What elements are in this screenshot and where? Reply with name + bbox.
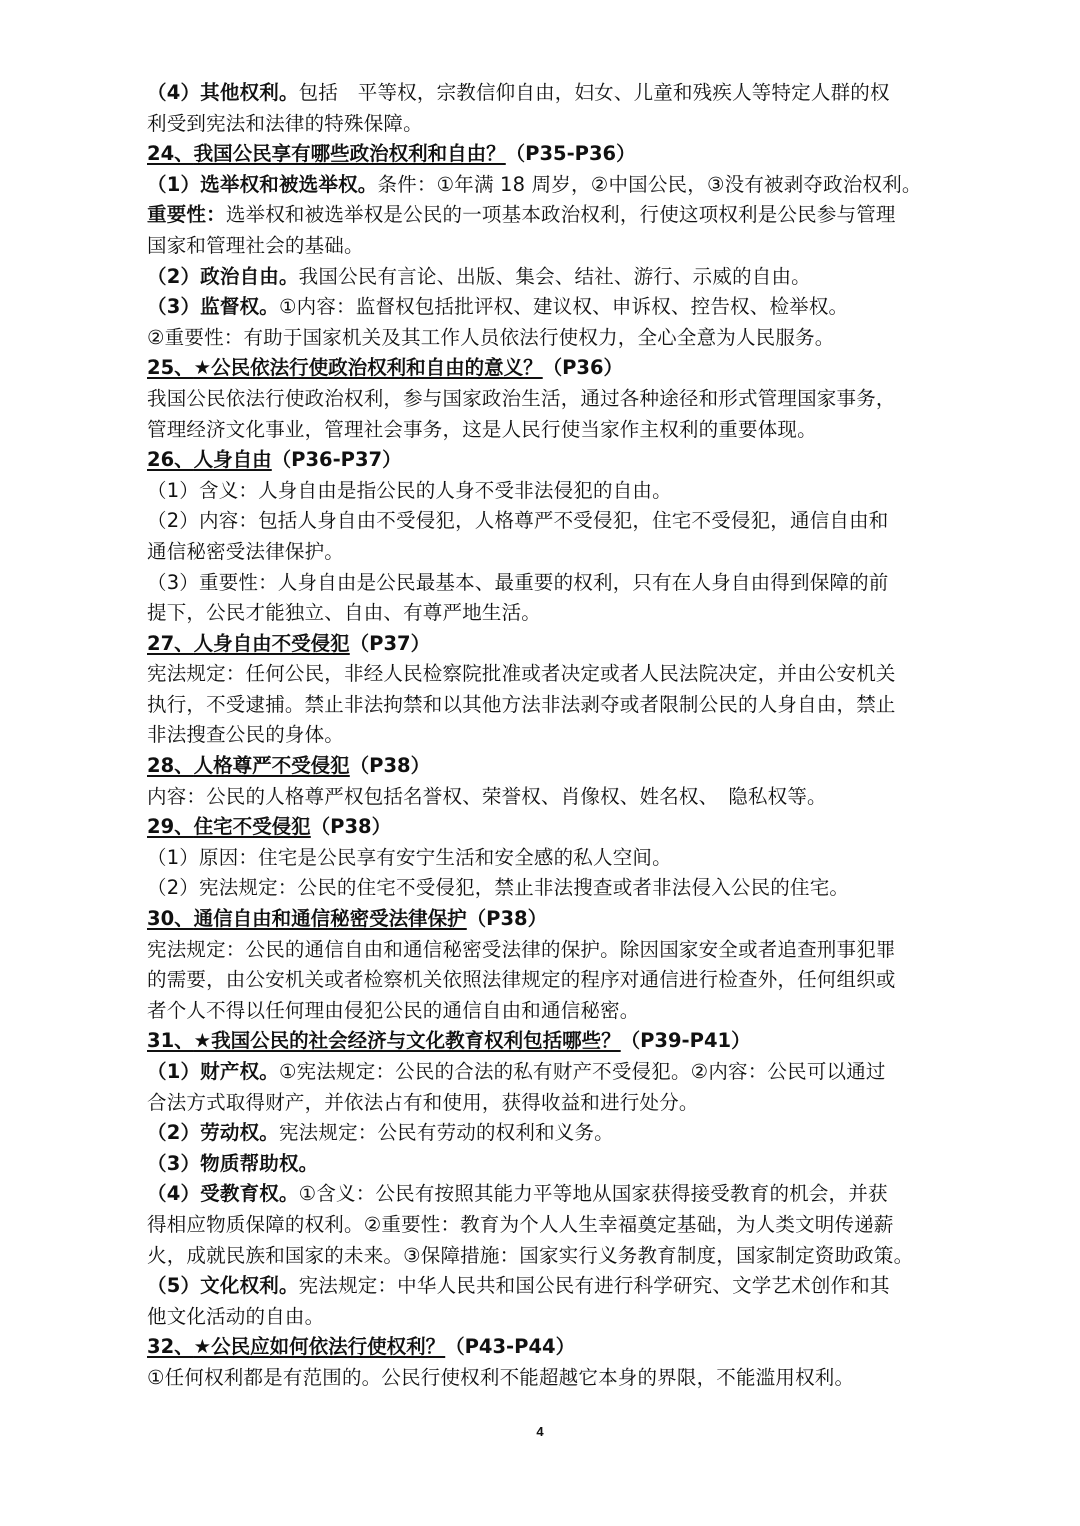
section-number: 25、	[147, 356, 194, 379]
bold-lead: （3）物质帮助权。	[147, 1152, 318, 1175]
section-heading: 27、人身自由不受侵犯（P37）	[147, 629, 973, 660]
section-title: 人身自由	[194, 448, 272, 471]
section-heading: 29、住宅不受侵犯（P38）	[147, 812, 973, 843]
body-text: 内容：公民的人格尊严权包括名誉权、荣誉权、肖像权、姓名权、 隐私权等。	[147, 785, 827, 808]
section-title: 人格尊严不受侵犯	[194, 754, 350, 777]
body-text: 我国公民依法行使政治权利，参与国家政治生活，通过各种途径和形式管理国家事务，	[147, 387, 896, 410]
page-reference: （P38）	[311, 815, 391, 838]
page-reference: （P39-P41）	[621, 1029, 751, 1052]
section-number: 28、	[147, 754, 194, 777]
section-heading: 26、人身自由（P36-P37）	[147, 445, 973, 476]
text-line: 者个人不得以任何理由侵犯公民的通信自由和通信秘密。	[147, 996, 973, 1027]
text-line: 宪法规定：公民的通信自由和通信秘密受法律的保护。除因国家安全或者追查刑事犯罪	[147, 935, 973, 966]
text-line: 他文化活动的自由。	[147, 1302, 973, 1333]
body-text: ②重要性：有助于国家机关及其工作人员依法行使权力，全心全意为人民服务。	[147, 326, 834, 349]
text-line: （2）劳动权。宪法规定：公民有劳动的权利和义务。	[147, 1118, 973, 1149]
body-text: 火，成就民族和国家的未来。③保障措施：国家实行义务教育制度，国家制定资助政策。	[147, 1244, 913, 1267]
page-number: 4	[0, 1424, 1080, 1439]
body-text: ①内容：监督权包括批评权、建议权、申诉权、控告权、检举权。	[279, 295, 848, 318]
page-reference: （P38）	[467, 907, 547, 930]
text-line: 非法搜查公民的身体。	[147, 720, 973, 751]
bold-lead: 重要性：	[147, 203, 226, 226]
body-text: 条件：①年满 18 周岁，②中国公民，③没有被剥夺政治权利。	[377, 173, 921, 196]
text-line: 管理经济文化事业，管理社会事务，这是人民行使当家作主权利的重要体现。	[147, 415, 973, 446]
body-text: 宪法规定：任何公民，非经人民检察院批准或者决定或者人民法院决定，并由公安机关	[147, 662, 896, 685]
bold-lead: （4）受教育权。	[147, 1182, 299, 1205]
body-text: 者个人不得以任何理由侵犯公民的通信自由和通信秘密。	[147, 999, 640, 1022]
body-text: ①任何权利都是有范围的。公民行使权利不能超越它本身的界限，不能滥用权利。	[147, 1366, 854, 1389]
text-line: （2）政治自由。我国公民有言论、出版、集会、结社、游行、示威的自由。	[147, 262, 973, 293]
text-line: 通信秘密受法律保护。	[147, 537, 973, 568]
body-text: 合法方式取得财产，并依法占有和使用，获得收益和进行处分。	[147, 1091, 699, 1114]
body-text: （2）内容：包括人身自由不受侵犯，人格尊严不受侵犯，住宅不受侵犯，通信自由和	[147, 509, 889, 532]
text-line: （1）原因：住宅是公民享有安宁生活和安全感的私人空间。	[147, 843, 973, 874]
bold-lead: （2）政治自由。	[147, 265, 299, 288]
body-text: （1）原因：住宅是公民享有安宁生活和安全感的私人空间。	[147, 846, 672, 869]
text-line: 合法方式取得财产，并依法占有和使用，获得收益和进行处分。	[147, 1088, 973, 1119]
section-number: 27、	[147, 632, 194, 655]
text-line: 宪法规定：任何公民，非经人民检察院批准或者决定或者人民法院决定，并由公安机关	[147, 659, 973, 690]
text-line: （3）重要性：人身自由是公民最基本、最重要的权利，只有在人身自由得到保障的前	[147, 568, 973, 599]
document-page: （4）其他权利。包括 平等权，宗教信仰自由，妇女、儿童和残疾人等特定人群的权利受…	[147, 78, 973, 1394]
text-line: 国家和管理社会的基础。	[147, 231, 973, 262]
bold-lead: （1）选举权和被选举权。	[147, 173, 377, 196]
body-text: 宪法规定：公民有劳动的权利和义务。	[279, 1121, 614, 1144]
section-heading: 30、通信自由和通信秘密受法律保护（P38）	[147, 904, 973, 935]
section-heading: 24、我国公民享有哪些政治权利和自由？（P35-P36）	[147, 139, 973, 170]
text-line: （2）宪法规定：公民的住宅不受侵犯，禁止非法搜查或者非法侵入公民的住宅。	[147, 873, 973, 904]
section-title: ★公民应如何依法行使权利？	[194, 1335, 445, 1358]
page-reference: （P38）	[350, 754, 430, 777]
section-heading: 32、★公民应如何依法行使权利？（P43-P44）	[147, 1332, 973, 1363]
body-text: 提下，公民才能独立、自由、有尊严地生活。	[147, 601, 541, 624]
text-line: （1）含义：人身自由是指公民的人身不受非法侵犯的自由。	[147, 476, 973, 507]
body-text: （2）宪法规定：公民的住宅不受侵犯，禁止非法搜查或者非法侵入公民的住宅。	[147, 876, 849, 899]
section-title: 人身自由不受侵犯	[194, 632, 350, 655]
page-reference: （P43-P44）	[445, 1335, 575, 1358]
bold-lead: （5）文化权利。	[147, 1274, 299, 1297]
text-line: （4）受教育权。①含义：公民有按照其能力平等地从国家获得接受教育的机会，并获	[147, 1179, 973, 1210]
body-text: ①宪法规定：公民的合法的私有财产不受侵犯。②内容：公民可以通过	[279, 1060, 886, 1083]
text-line: 重要性：选举权和被选举权是公民的一项基本政治权利，行使这项权利是公民参与管理	[147, 200, 973, 231]
section-heading: 31、★我国公民的社会经济与文化教育权利包括哪些？（P39-P41）	[147, 1026, 973, 1057]
page-reference: （P36-P37）	[272, 448, 402, 471]
section-number: 24、	[147, 142, 194, 165]
page-reference: （P35-P36）	[506, 142, 636, 165]
body-text: 的需要，由公安机关或者检察机关依照法律规定的程序对通信进行检查外，任何组织或	[147, 968, 896, 991]
page-reference: （P37）	[350, 632, 430, 655]
text-line: 内容：公民的人格尊严权包括名誉权、荣誉权、肖像权、姓名权、 隐私权等。	[147, 782, 973, 813]
section-heading: 28、人格尊严不受侵犯（P38）	[147, 751, 973, 782]
body-text: 他文化活动的自由。	[147, 1305, 324, 1328]
body-text: 非法搜查公民的身体。	[147, 723, 344, 746]
section-number: 30、	[147, 907, 194, 930]
section-title: ★我国公民的社会经济与文化教育权利包括哪些？	[194, 1029, 621, 1052]
body-text: 管理经济文化事业，管理社会事务，这是人民行使当家作主权利的重要体现。	[147, 418, 817, 441]
body-text: 得相应物质保障的权利。②重要性：教育为个人人生幸福奠定基础，为人类文明传递薪	[147, 1213, 894, 1236]
text-line: 得相应物质保障的权利。②重要性：教育为个人人生幸福奠定基础，为人类文明传递薪	[147, 1210, 973, 1241]
text-line: （5）文化权利。宪法规定：中华人民共和国公民有进行科学研究、文学艺术创作和其	[147, 1271, 973, 1302]
text-line: （1）选举权和被选举权。条件：①年满 18 周岁，②中国公民，③没有被剥夺政治权…	[147, 170, 973, 201]
body-text: 利受到宪法和法律的特殊保障。	[147, 112, 423, 135]
text-line: ①任何权利都是有范围的。公民行使权利不能超越它本身的界限，不能滥用权利。	[147, 1363, 973, 1394]
text-line: （4）其他权利。包括 平等权，宗教信仰自由，妇女、儿童和残疾人等特定人群的权	[147, 78, 973, 109]
section-number: 26、	[147, 448, 194, 471]
section-title: 我国公民享有哪些政治权利和自由？	[194, 142, 506, 165]
section-title: 住宅不受侵犯	[194, 815, 311, 838]
body-text: 选举权和被选举权是公民的一项基本政治权利，行使这项权利是公民参与管理	[226, 203, 896, 226]
text-line: 执行，不受逮捕。禁止非法拘禁和以其他方法非法剥夺或者限制公民的人身自由，禁止	[147, 690, 973, 721]
body-text: 宪法规定：中华人民共和国公民有进行科学研究、文学艺术创作和其	[299, 1274, 890, 1297]
body-text: 包括 平等权，宗教信仰自由，妇女、儿童和残疾人等特定人群的权	[299, 81, 890, 104]
page-reference: （P36）	[543, 356, 623, 379]
text-line: 提下，公民才能独立、自由、有尊严地生活。	[147, 598, 973, 629]
body-text: 通信秘密受法律保护。	[147, 540, 344, 563]
bold-lead: （3）监督权。	[147, 295, 279, 318]
body-text: 执行，不受逮捕。禁止非法拘禁和以其他方法非法剥夺或者限制公民的人身自由，禁止	[147, 693, 896, 716]
text-line: （3）监督权。①内容：监督权包括批评权、建议权、申诉权、控告权、检举权。	[147, 292, 973, 323]
section-title: ★公民依法行使政治权利和自由的意义？	[194, 356, 543, 379]
body-text: 宪法规定：公民的通信自由和通信秘密受法律的保护。除因国家安全或者追查刑事犯罪	[147, 938, 896, 961]
body-text: ①含义：公民有按照其能力平等地从国家获得接受教育的机会，并获	[299, 1182, 888, 1205]
text-line: （2）内容：包括人身自由不受侵犯，人格尊严不受侵犯，住宅不受侵犯，通信自由和	[147, 506, 973, 537]
body-text: 国家和管理社会的基础。	[147, 234, 364, 257]
text-line: ②重要性：有助于国家机关及其工作人员依法行使权力，全心全意为人民服务。	[147, 323, 973, 354]
bold-lead: （4）其他权利。	[147, 81, 299, 104]
text-line: 我国公民依法行使政治权利，参与国家政治生活，通过各种途径和形式管理国家事务，	[147, 384, 973, 415]
body-text: （1）含义：人身自由是指公民的人身不受非法侵犯的自由。	[147, 479, 672, 502]
section-heading: 25、★公民依法行使政治权利和自由的意义？（P36）	[147, 353, 973, 384]
section-number: 29、	[147, 815, 194, 838]
bold-lead: （1）财产权。	[147, 1060, 279, 1083]
text-line: 利受到宪法和法律的特殊保障。	[147, 109, 973, 140]
section-title: 通信自由和通信秘密受法律保护	[194, 907, 467, 930]
body-text: 我国公民有言论、出版、集会、结社、游行、示威的自由。	[299, 265, 811, 288]
text-line: 的需要，由公安机关或者检察机关依照法律规定的程序对通信进行检查外，任何组织或	[147, 965, 973, 996]
text-line: （3）物质帮助权。	[147, 1149, 973, 1180]
section-number: 32、	[147, 1335, 194, 1358]
body-text: （3）重要性：人身自由是公民最基本、最重要的权利，只有在人身自由得到保障的前	[147, 571, 889, 594]
section-number: 31、	[147, 1029, 194, 1052]
text-line: 火，成就民族和国家的未来。③保障措施：国家实行义务教育制度，国家制定资助政策。	[147, 1241, 973, 1272]
text-line: （1）财产权。①宪法规定：公民的合法的私有财产不受侵犯。②内容：公民可以通过	[147, 1057, 973, 1088]
bold-lead: （2）劳动权。	[147, 1121, 279, 1144]
